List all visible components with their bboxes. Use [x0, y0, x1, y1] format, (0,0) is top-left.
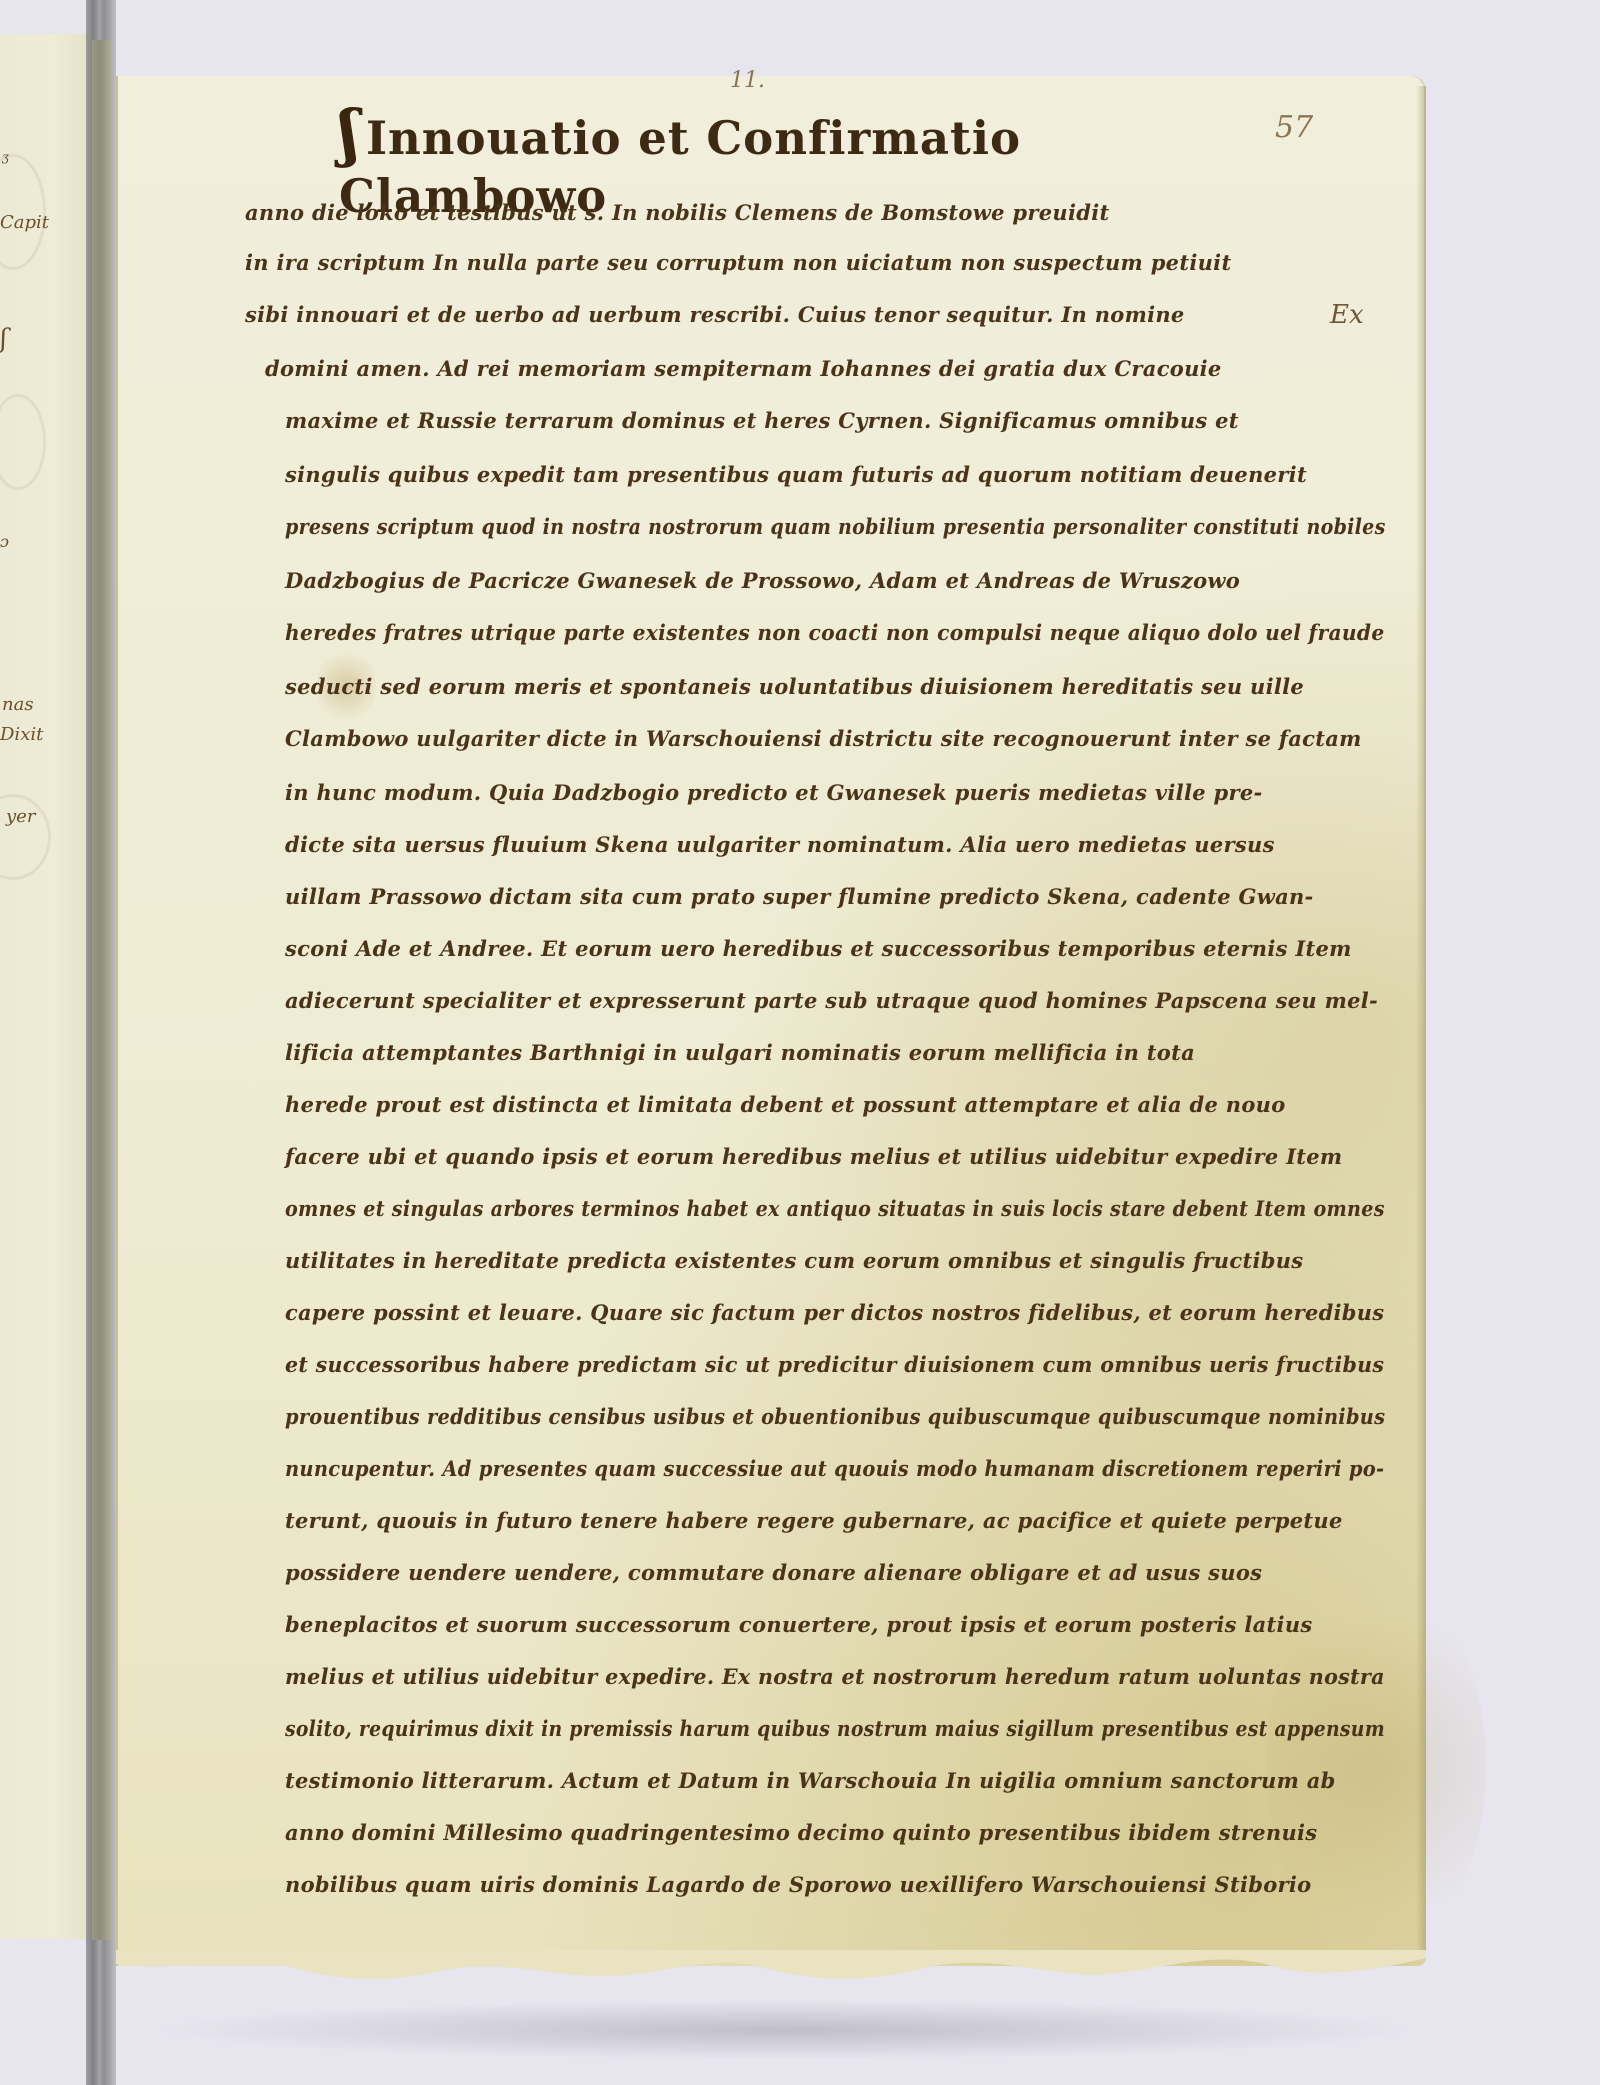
text-line: melius et utilius uidebitur expedire. Ex…	[285, 1664, 1385, 1689]
text-line: capere possint et leuare. Quare sic fact…	[285, 1300, 1384, 1325]
text-line: nuncupentur. Ad presentes quam successiu…	[285, 1456, 1384, 1481]
text-line: prouentibus redditibus censibus usibus e…	[285, 1404, 1385, 1429]
page-shadow	[150, 2000, 1420, 2060]
bleed-through-mark	[0, 394, 46, 490]
folio-number: 57	[1275, 110, 1313, 145]
text-line: beneplacitos et suorum successorum conue…	[285, 1612, 1313, 1637]
page-bottom-edge	[116, 1950, 1426, 1990]
text-line: domini amen. Ad rei memoriam sempiternam…	[265, 356, 1222, 381]
text-line: singulis quibus expedit tam presentibus …	[285, 462, 1307, 487]
marginal-note: ʒ	[2, 150, 9, 164]
text-line: sconi Ade et Andree. Et eorum uero hered…	[285, 936, 1352, 961]
text-line: Clambowo uulgariter dicte in Warschouien…	[285, 726, 1362, 751]
text-line: uillam Prassowo dictam sita cum prato su…	[285, 884, 1314, 909]
folio-number-top: 11.	[730, 68, 765, 93]
margin-note: Ex	[1330, 300, 1364, 330]
text-line: seducti sed eorum meris et spontaneis uo…	[285, 674, 1304, 699]
text-line: omnes et singulas arbores terminos habet…	[285, 1196, 1385, 1221]
facing-page: ʒ Capit ʃ ɔ nas Dixit yer	[0, 34, 92, 1939]
text-line: dicte sita uersus fluuium Skena uulgarit…	[285, 832, 1275, 857]
marginal-note: nas	[2, 694, 34, 715]
text-line: maxime et Russie terrarum dominus et her…	[285, 408, 1239, 433]
text-line: testimonio litterarum. Actum et Datum in…	[285, 1768, 1336, 1793]
marginal-note: ʃ	[0, 324, 7, 354]
text-line: facere ubi et quando ipsis et eorum here…	[285, 1144, 1342, 1169]
decorated-initial: ʃ	[339, 96, 360, 169]
text-line: terunt, quouis in futuro tenere habere r…	[285, 1508, 1343, 1533]
text-line: adiecerunt specialiter et expresserunt p…	[285, 988, 1378, 1013]
text-line: sibi innouari et de uerbo ad uerbum resc…	[245, 302, 1185, 327]
text-line: herede prout est distincta et limitata d…	[285, 1092, 1286, 1117]
text-line: Dadzbogius de Pacricze Gwanesek de Pross…	[285, 568, 1240, 593]
text-line: utilitates in hereditate predicta existe…	[285, 1248, 1303, 1273]
text-line: possidere uendere uendere, commutare don…	[285, 1560, 1262, 1585]
text-line: anno domini Millesimo quadringentesimo d…	[285, 1820, 1317, 1845]
marginal-note: Capit	[0, 212, 49, 233]
text-line: in ira scriptum In nulla parte seu corru…	[245, 250, 1231, 275]
text-line: presens scriptum quod in nostra nostroru…	[285, 514, 1386, 539]
text-line: in hunc modum. Quia Dadzbogio predicto e…	[285, 780, 1263, 805]
text-line: et successoribus habere predictam sic ut…	[285, 1352, 1384, 1377]
binding-gutter	[92, 40, 112, 1940]
marginal-note: yer	[6, 806, 35, 827]
text-line: lificia attemptantes Barthnigi in uulgar…	[285, 1040, 1195, 1065]
text-line: heredes fratres utrique parte existentes…	[285, 620, 1385, 645]
text-line: solito, requirimus dixit in premissis ha…	[285, 1716, 1385, 1741]
marginal-note: Dixit	[0, 724, 43, 745]
marginal-note: ɔ	[0, 532, 9, 551]
text-line: nobilibus quam uiris dominis Lagardo de …	[285, 1872, 1311, 1897]
text-line: anno die loko et testibus ut s. In nobil…	[245, 200, 1109, 225]
